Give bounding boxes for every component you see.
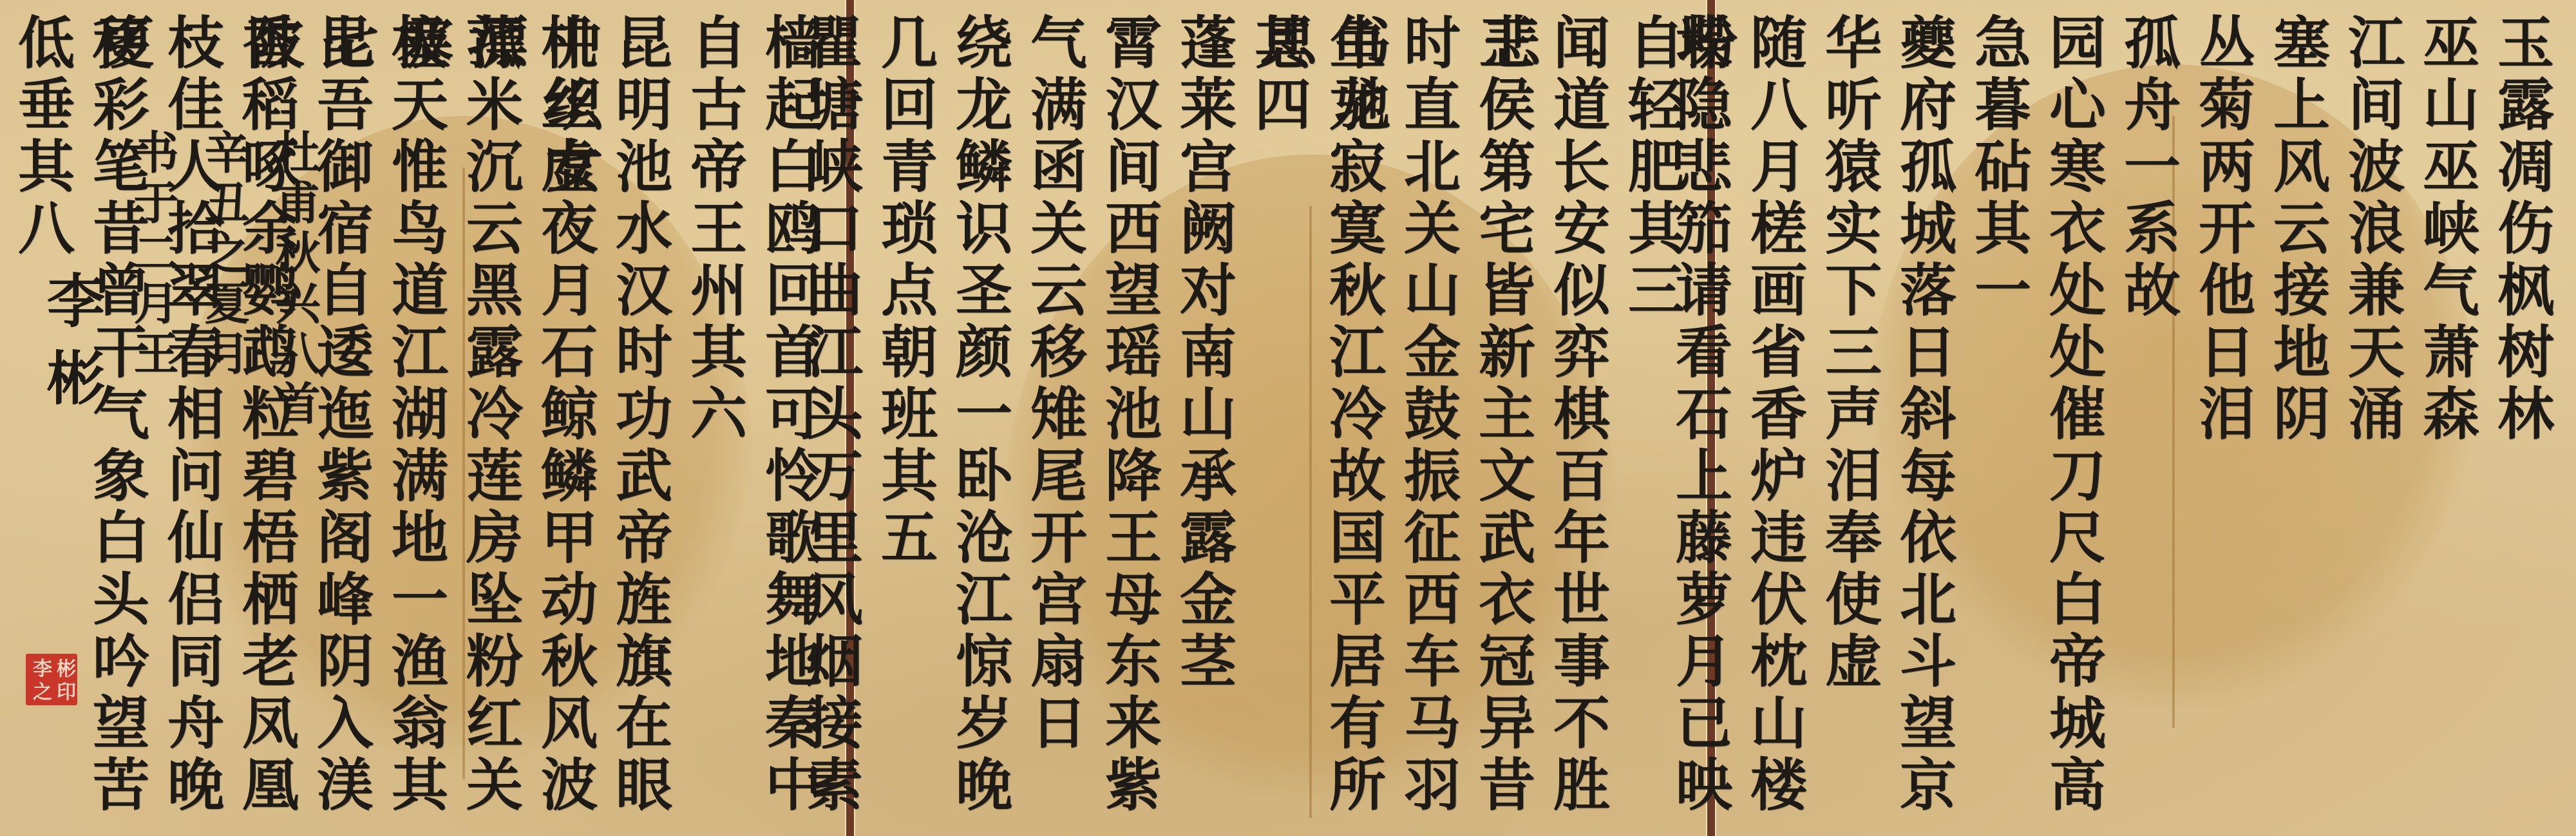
colophon: 杜甫秋兴八首 辛丑之夏月 书于二月王 — [129, 129, 322, 430]
poem-column: 自古帝王州其六 — [685, 13, 750, 823]
poem-column: 江间波浪兼天涌 — [2343, 13, 2407, 823]
poem-column: 塞上风云接地阴 — [2268, 13, 2333, 823]
poem-column: 樯起白鸥回首可怜歌舞地秦中 — [760, 13, 824, 823]
panel-middle: 自轻肥其三 闻道长安似弈棋百年世事不胜悲 王侯第宅皆新主文武衣冠异昔 时直北关山… — [857, 0, 1707, 836]
poem-column: 时直北关山金鼓振征西车马羽书驰 — [1399, 13, 1463, 823]
poem-column: 闻道长安似弈棋百年世事不胜悲 — [1548, 13, 1613, 823]
seal-char: 印 — [53, 681, 75, 703]
poem-column: 夔府孤城落日斜每依北斗望京 — [1895, 13, 1959, 823]
poem-column: 菰米沉云黑露冷莲房坠粉红关塞 — [461, 13, 526, 823]
poem-column: 气满函关云移雉尾开宫扇日 — [1025, 13, 1090, 823]
poem-column: 极天惟鸟道江湖满地一渔翁其七 — [386, 13, 451, 823]
colophon-line: 杜甫秋兴八首 — [270, 129, 322, 430]
poem-column: 孤舟一系故 — [2119, 13, 2183, 823]
poem-column: 随八月槎画省香炉违伏枕山楼粉 — [1745, 13, 1810, 823]
seal-char: 李 — [29, 657, 51, 679]
red-seal-stamp: 李 彬 之 印 — [26, 654, 77, 705]
poem-column: 霄汉间西望瑶池降王母东来紫 — [1100, 13, 1164, 823]
panel-left: 樯起白鸥回首可怜歌舞地秦中 自古帝王州其六 昆明池水汉时功武帝旌旗在眼中织女 机… — [0, 0, 844, 836]
poem-column: 玉露凋伤枫树林 — [2492, 13, 2557, 823]
poem-column: 急暮砧其一 — [1969, 13, 2034, 823]
poem-columns-middle: 自轻肥其三 闻道长安似弈棋百年世事不胜悲 王侯第宅皆新主文武衣冠异昔 时直北关山… — [876, 13, 1687, 823]
poem-column: 其四 — [1249, 13, 1314, 823]
artist-signature: 李彬 — [35, 271, 106, 425]
seal-char: 彬 — [53, 657, 75, 679]
poem-column: 王侯第宅皆新主文武衣冠异昔 — [1473, 13, 1538, 823]
poem-column: 自轻肥其三 — [1623, 13, 1687, 823]
colophon-line: 辛丑之夏月 — [200, 129, 251, 430]
seal-char: 之 — [29, 681, 51, 703]
calligraphy-scroll: 玉露凋伤枫树林 巫山巫峡气萧森 江间波浪兼天涌 塞上风云接地阴 丛菊两开他日泪 … — [0, 0, 2576, 836]
poem-column: 丛菊两开他日泪 — [2193, 13, 2258, 823]
poem-column: 巫山巫峡气萧森 — [2418, 13, 2482, 823]
poem-column: 蓬莱宫阙对南山承露金茎 — [1175, 13, 1239, 823]
poem-column: 昆明池水汉时功武帝旌旗在眼中织女 — [611, 13, 675, 823]
poem-column: 园心寒衣处处催刀尺白帝城高 — [2044, 13, 2108, 823]
poem-columns-left: 樯起白鸥回首可怜歌舞地秦中 自古帝王州其六 昆明池水汉时功武帝旌旗在眼中织女 机… — [270, 13, 824, 823]
poem-columns-right: 玉露凋伤枫树林 巫山巫峡气萧森 江间波浪兼天涌 塞上风云接地阴 丛菊两开他日泪 … — [1739, 13, 2557, 823]
panel-right: 玉露凋伤枫树林 巫山巫峡气萧森 江间波浪兼天涌 塞上风云接地阴 丛菊两开他日泪 … — [1719, 0, 2576, 836]
poem-column: 华听猿实下三声泪奉使虚 — [1820, 13, 1884, 823]
poem-column: 绕龙鳞识圣颜一卧沧江惊岁晚 — [951, 13, 1015, 823]
poem-column: 几回青琐点朝班其五 — [876, 13, 940, 823]
colophon-line: 书于二月王 — [129, 129, 180, 430]
